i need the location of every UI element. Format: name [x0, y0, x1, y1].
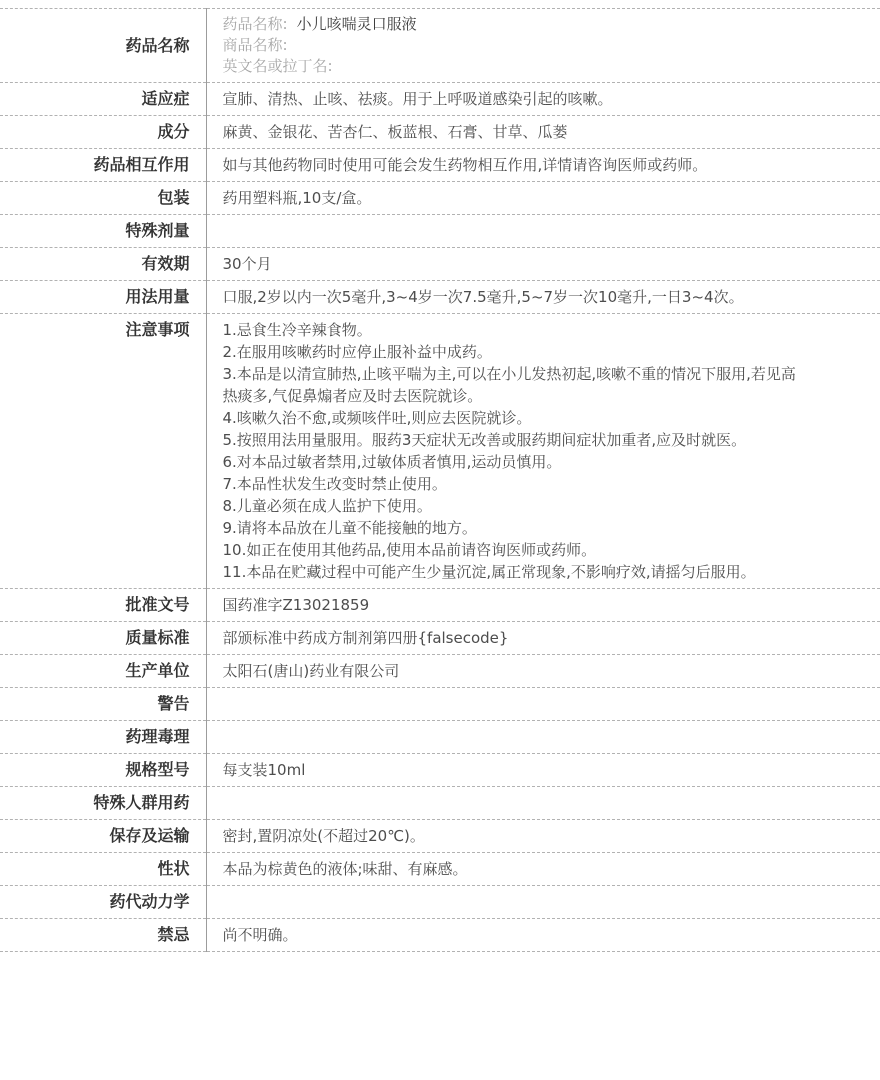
row-label-special-dosage: 特殊剂量 [0, 215, 206, 248]
row-drug-interactions: 药品相互作用 如与其他药物同时使用可能会发生药物相互作用,详情请咨询医师或药师。 [0, 149, 880, 182]
precaution-item-9: 9.请将本品放在儿童不能接触的地方。 [223, 517, 811, 539]
contraindications-text: 尚不明确。 [223, 924, 811, 946]
row-contraindications: 禁忌 尚不明确。 [0, 919, 880, 952]
row-label-precautions: 注意事项 [0, 314, 206, 589]
row-value-indications: 宣肺、清热、止咳、祛痰。用于上呼吸道感染引起的咳嗽。 [206, 83, 880, 116]
precaution-item-4: 4.咳嗽久治不愈,或频咳伴吐,则应去医院就诊。 [223, 407, 811, 429]
precaution-item-10: 10.如正在使用其他药品,使用本品前请咨询医师或药师。 [223, 539, 811, 561]
row-description: 性状 本品为棕黄色的液体;味甜、有麻感。 [0, 853, 880, 886]
row-shelf-life: 有效期 30个月 [0, 248, 880, 281]
row-value-pharmacokinetics [206, 886, 880, 919]
row-label-pharmacokinetics: 药代动力学 [0, 886, 206, 919]
row-value-special-dosage [206, 215, 880, 248]
row-label-drug-name: 药品名称 [0, 9, 206, 83]
trade-name-field: 商品名称: [223, 35, 871, 56]
row-value-drug-name: 药品名称:小儿咳喘灵口服液 商品名称: 英文名或拉丁名: [206, 9, 880, 83]
indications-text: 宣肺、清热、止咳、祛痰。用于上呼吸道感染引起的咳嗽。 [223, 88, 811, 110]
row-label-special-populations: 特殊人群用药 [0, 787, 206, 820]
row-dosage-usage: 用法用量 口服,2岁以内一次5毫升,3~4岁一次7.5毫升,5~7岁一次10毫升… [0, 281, 880, 314]
row-value-specification: 每支装10ml [206, 754, 880, 787]
row-storage-transport: 保存及运输 密封,置阴凉处(不超过20℃)。 [0, 820, 880, 853]
precaution-item-2: 2.在服用咳嗽药时应停止服补益中成药。 [223, 341, 811, 363]
approval-number-text: 国药准字Z13021859 [223, 594, 811, 616]
row-value-dosage-usage: 口服,2岁以内一次5毫升,3~4岁一次7.5毫升,5~7岁一次10毫升,一日3~… [206, 281, 880, 314]
row-value-contraindications: 尚不明确。 [206, 919, 880, 952]
row-specification: 规格型号 每支装10ml [0, 754, 880, 787]
row-value-manufacturer: 太阳石(唐山)药业有限公司 [206, 655, 880, 688]
row-ingredients: 成分 麻黄、金银花、苦杏仁、板蓝根、石膏、甘草、瓜蒌 [0, 116, 880, 149]
row-label-packaging: 包装 [0, 182, 206, 215]
row-drug-name: 药品名称 药品名称:小儿咳喘灵口服液 商品名称: 英文名或拉丁名: [0, 9, 880, 83]
row-value-precautions: 1.忌食生冷辛辣食物。 2.在服用咳嗽药时应停止服补益中成药。 3.本品是以清宣… [206, 314, 880, 589]
row-special-dosage: 特殊剂量 [0, 215, 880, 248]
packaging-text: 药用塑料瓶,10支/盒。 [223, 187, 811, 209]
row-label-manufacturer: 生产单位 [0, 655, 206, 688]
row-special-populations: 特殊人群用药 [0, 787, 880, 820]
row-label-contraindications: 禁忌 [0, 919, 206, 952]
precaution-item-6: 6.对本品过敏者禁用,过敏体质者慎用,运动员慎用。 [223, 451, 811, 473]
drug-name-key: 药品名称: [223, 15, 288, 33]
specification-text: 每支装10ml [223, 759, 811, 781]
row-value-special-populations [206, 787, 880, 820]
latin-name-field: 英文名或拉丁名: [223, 56, 871, 77]
row-approval-number: 批准文号 国药准字Z13021859 [0, 589, 880, 622]
row-value-quality-standard: 部颁标准中药成方制剂第四册{falsecode} [206, 622, 880, 655]
row-value-pharmacology-toxicology [206, 721, 880, 754]
precaution-item-11: 11.本品在贮藏过程中可能产生少量沉淀,属正常现象,不影响疗效,请摇匀后服用。 [223, 561, 811, 583]
row-label-warning: 警告 [0, 688, 206, 721]
row-value-drug-interactions: 如与其他药物同时使用可能会发生药物相互作用,详情请咨询医师或药师。 [206, 149, 880, 182]
storage-transport-text: 密封,置阴凉处(不超过20℃)。 [223, 825, 811, 847]
row-packaging: 包装 药用塑料瓶,10支/盒。 [0, 182, 880, 215]
row-pharmacokinetics: 药代动力学 [0, 886, 880, 919]
row-value-description: 本品为棕黄色的液体;味甜、有麻感。 [206, 853, 880, 886]
drug-info-table: 药品名称 药品名称:小儿咳喘灵口服液 商品名称: 英文名或拉丁名: 适应症 宣肺… [0, 8, 880, 952]
precaution-item-3: 3.本品是以清宣肺热,止咳平喘为主,可以在小儿发热初起,咳嗽不重的情况下服用,若… [223, 363, 811, 407]
description-text: 本品为棕黄色的液体;味甜、有麻感。 [223, 858, 811, 880]
precaution-item-8: 8.儿童必须在成人监护下使用。 [223, 495, 811, 517]
row-value-packaging: 药用塑料瓶,10支/盒。 [206, 182, 880, 215]
trade-name-key: 商品名称: [223, 36, 288, 54]
manufacturer-text: 太阳石(唐山)药业有限公司 [223, 660, 811, 682]
row-label-approval-number: 批准文号 [0, 589, 206, 622]
row-label-specification: 规格型号 [0, 754, 206, 787]
row-label-indications: 适应症 [0, 83, 206, 116]
precaution-item-7: 7.本品性状发生改变时禁止使用。 [223, 473, 811, 495]
row-label-quality-standard: 质量标准 [0, 622, 206, 655]
precaution-item-5: 5.按照用法用量服用。服药3天症状无改善或服药期间症状加重者,应及时就医。 [223, 429, 811, 451]
row-value-warning [206, 688, 880, 721]
row-value-ingredients: 麻黄、金银花、苦杏仁、板蓝根、石膏、甘草、瓜蒌 [206, 116, 880, 149]
row-value-shelf-life: 30个月 [206, 248, 880, 281]
row-label-description: 性状 [0, 853, 206, 886]
drug-name-value: 小儿咳喘灵口服液 [297, 15, 417, 33]
precaution-item-1: 1.忌食生冷辛辣食物。 [223, 319, 811, 341]
ingredients-text: 麻黄、金银花、苦杏仁、板蓝根、石膏、甘草、瓜蒌 [223, 121, 811, 143]
row-value-approval-number: 国药准字Z13021859 [206, 589, 880, 622]
row-label-dosage-usage: 用法用量 [0, 281, 206, 314]
latin-name-key: 英文名或拉丁名: [223, 57, 333, 75]
dosage-usage-text: 口服,2岁以内一次5毫升,3~4岁一次7.5毫升,5~7岁一次10毫升,一日3~… [223, 286, 811, 308]
row-warning: 警告 [0, 688, 880, 721]
quality-standard-text: 部颁标准中药成方制剂第四册{falsecode} [223, 627, 811, 649]
row-label-shelf-life: 有效期 [0, 248, 206, 281]
row-manufacturer: 生产单位 太阳石(唐山)药业有限公司 [0, 655, 880, 688]
drug-name-field: 药品名称:小儿咳喘灵口服液 [223, 14, 871, 35]
row-precautions: 注意事项 1.忌食生冷辛辣食物。 2.在服用咳嗽药时应停止服补益中成药。 3.本… [0, 314, 880, 589]
shelf-life-text: 30个月 [223, 253, 811, 275]
row-quality-standard: 质量标准 部颁标准中药成方制剂第四册{falsecode} [0, 622, 880, 655]
row-indications: 适应症 宣肺、清热、止咳、祛痰。用于上呼吸道感染引起的咳嗽。 [0, 83, 880, 116]
row-pharmacology-toxicology: 药理毒理 [0, 721, 880, 754]
row-label-storage-transport: 保存及运输 [0, 820, 206, 853]
row-label-pharmacology-toxicology: 药理毒理 [0, 721, 206, 754]
row-value-storage-transport: 密封,置阴凉处(不超过20℃)。 [206, 820, 880, 853]
row-label-ingredients: 成分 [0, 116, 206, 149]
drug-interactions-text: 如与其他药物同时使用可能会发生药物相互作用,详情请咨询医师或药师。 [223, 154, 811, 176]
row-label-drug-interactions: 药品相互作用 [0, 149, 206, 182]
